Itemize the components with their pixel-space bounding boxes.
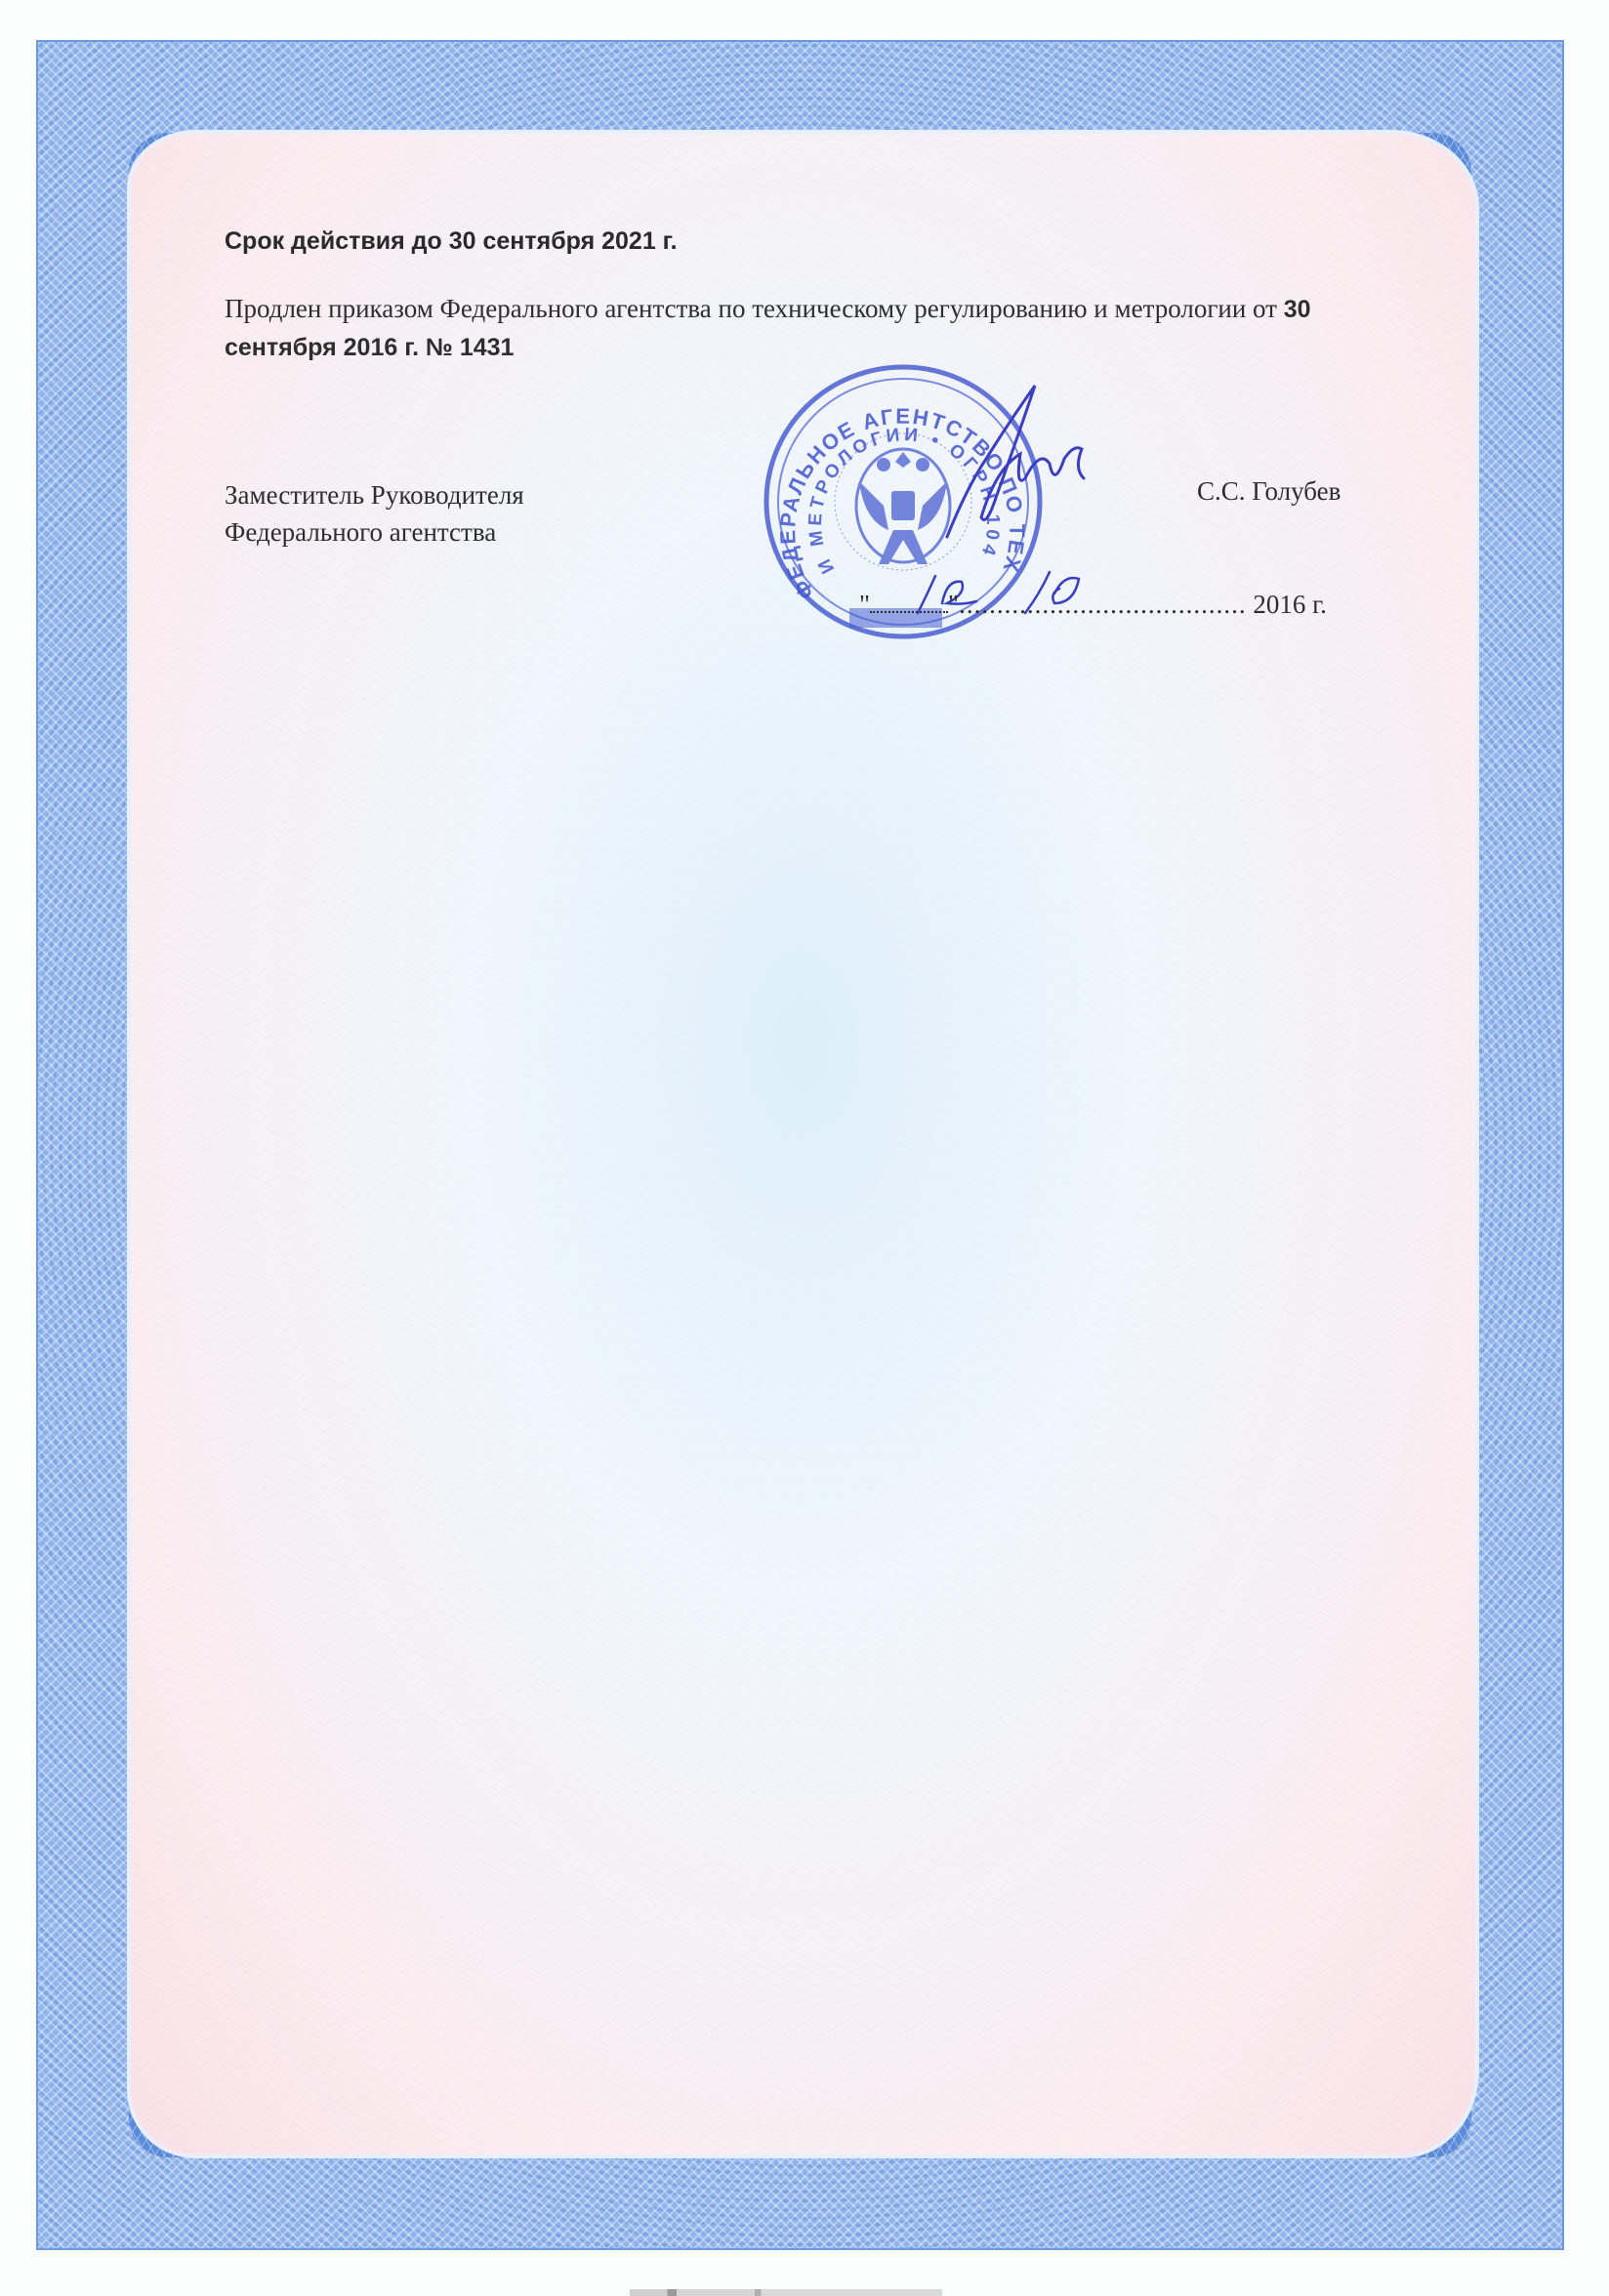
signatory-name: С.С. Голубев — [1197, 476, 1341, 507]
date-day-dots — [870, 607, 948, 613]
handwritten-signature — [928, 371, 1103, 547]
extension-text: Продлен приказом Федерального агентства … — [225, 294, 1284, 323]
date-close-quote: " — [948, 590, 959, 619]
signatory-position: Заместитель Руководителя Федерального аг… — [225, 476, 524, 551]
extension-paragraph: Продлен приказом Федерального агентства … — [225, 290, 1396, 366]
signatory-position-line2: Федерального агентства — [225, 513, 524, 551]
date-month-dots: ...................................... — [959, 590, 1247, 619]
signatory-position-line1: Заместитель Руководителя — [225, 476, 524, 513]
signature-date: ""......................................… — [859, 590, 1327, 620]
scan-artifact — [630, 2289, 942, 2296]
date-open-quote: " — [859, 590, 870, 619]
validity-heading: Срок действия до 30 сентября 2021 г. — [225, 227, 678, 256]
date-year: 2016 г. — [1253, 590, 1327, 619]
